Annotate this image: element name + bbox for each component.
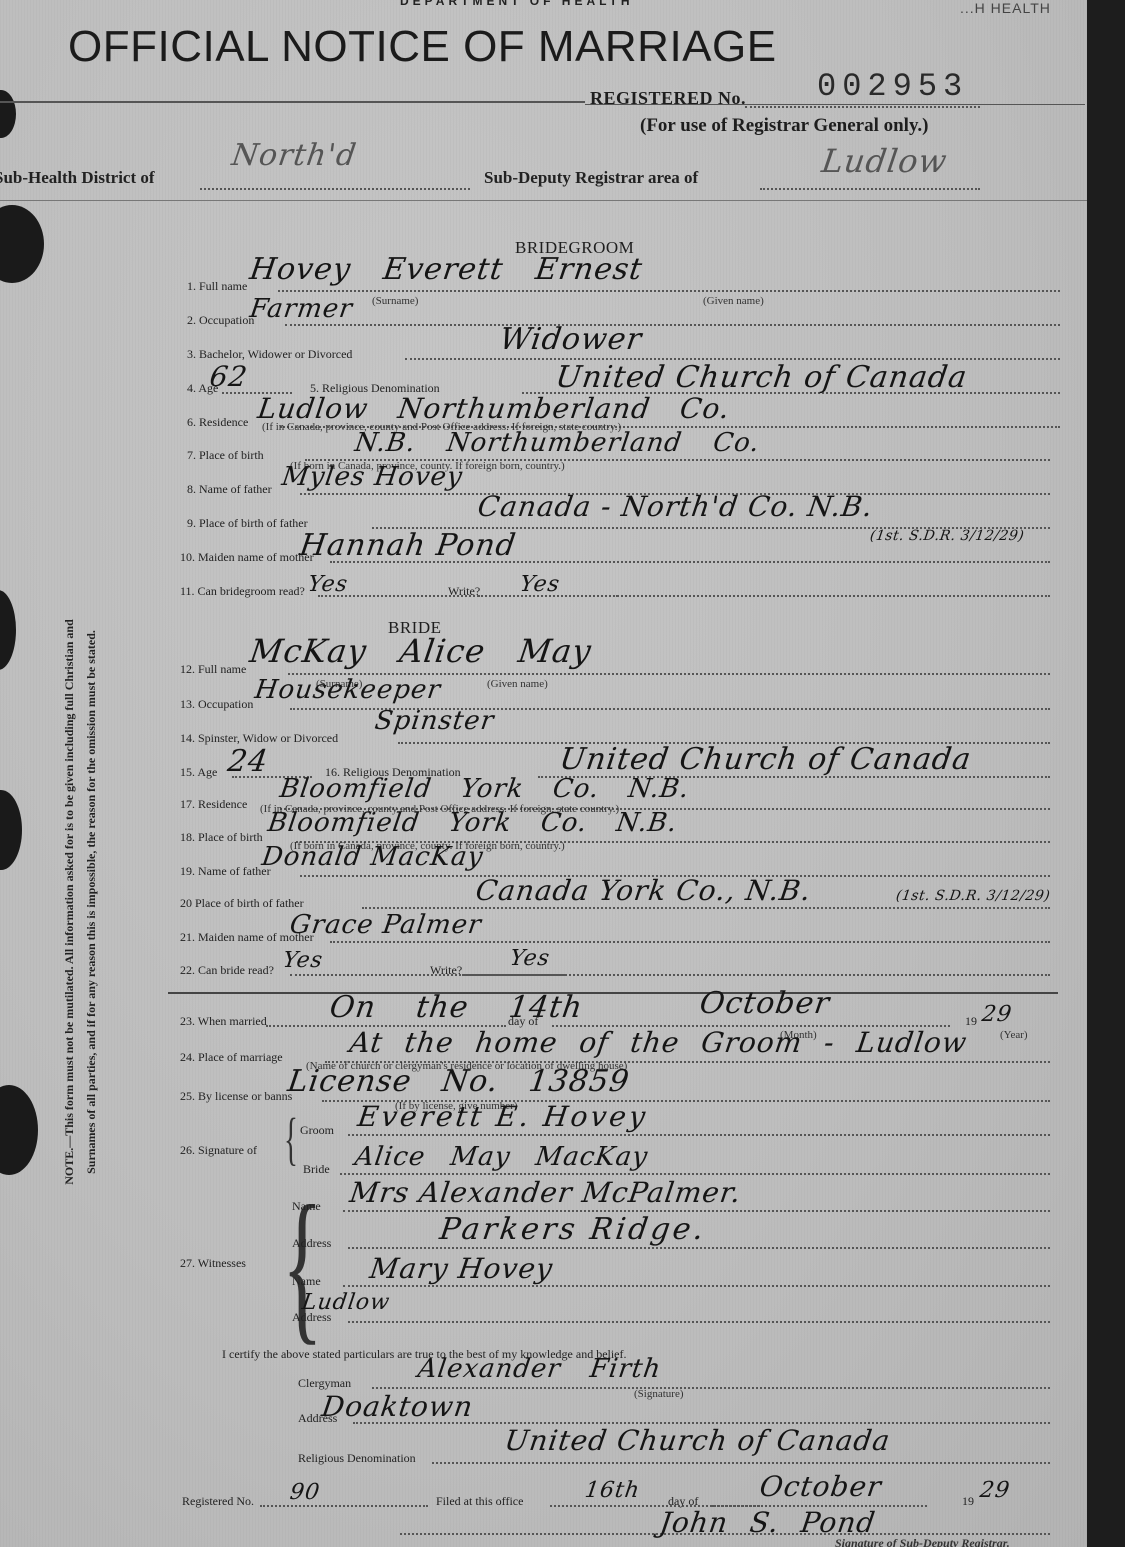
registrar-signature: John S. Pond — [658, 1506, 878, 1539]
dot-leader — [348, 1321, 1050, 1323]
bride-mother-maiden-name: Grace Palmer — [288, 910, 484, 940]
marriage-month: October — [698, 986, 833, 1021]
field-label: 19. Name of father — [180, 864, 271, 879]
bride-age: 24 — [226, 744, 271, 779]
side-note: NOTE.—This form must not be mutilated. A… — [58, 482, 102, 1322]
write-label: Write? — [430, 963, 462, 978]
clergyman-signature: Alexander Firth — [416, 1354, 663, 1384]
field-label: 12. Full name — [180, 662, 246, 677]
dot-leader — [478, 595, 1050, 597]
groom-religion: United Church of Canada — [554, 360, 970, 395]
given-name-caption: (Given name) — [487, 678, 548, 690]
marriage-place: At the home of the Groom - Ludlow — [348, 1026, 970, 1059]
clergyman-label: Clergyman — [298, 1376, 351, 1391]
bride-father-annotation: (1st. S.D.R. 3/12/29) — [895, 888, 1051, 904]
field-label: 7. Place of birth — [187, 448, 264, 463]
bride-marital-status: Spinster — [373, 706, 496, 736]
punch-hole — [0, 205, 44, 283]
dot-leader — [348, 1134, 1050, 1136]
bride-religion: United Church of Canada — [558, 742, 974, 777]
bride-father-name: Donald MacKay — [260, 842, 485, 872]
license-number: License No. 13859 — [286, 1064, 632, 1099]
field-label: 10. Maiden name of mother — [180, 550, 314, 565]
groom-signature: Everett E. Hovey — [356, 1100, 651, 1133]
dot-leader — [260, 1505, 428, 1507]
groom-father-annotation: (1st. S.D.R. 3/12/29) — [869, 528, 1025, 544]
marriage-day: On the 14th — [328, 990, 586, 1025]
bride-full-name: McKay Alice May — [247, 632, 594, 670]
signature-caption: (Signature) — [634, 1388, 683, 1400]
field-label: 22. Can bride read? — [180, 963, 274, 978]
filing-registered-no: 90 — [288, 1480, 322, 1505]
section-rule — [168, 992, 1058, 994]
clergyman-denomination-label: Religious Denomination — [298, 1451, 416, 1466]
witness-1-name: Mrs Alexander McPalmer. — [348, 1176, 744, 1209]
bride-father-birthplace: Canada York Co., N.B. — [474, 874, 814, 907]
registrar-signature-caption: Signature of Sub-Deputy Registrar. — [835, 1536, 1010, 1547]
groom-occupation: Farmer — [248, 294, 355, 324]
header-rule — [0, 200, 1087, 201]
sub-health-district-label: Sub-Health District of — [0, 168, 155, 188]
punch-hole — [0, 1085, 38, 1175]
dot-leader — [200, 188, 470, 190]
given-name-caption: (Given name) — [703, 295, 764, 307]
header-rule — [0, 101, 585, 103]
dot-leader — [343, 1285, 1050, 1287]
write-label: Write? — [448, 584, 480, 599]
groom-father-name: Myles Hovey — [280, 462, 465, 492]
punch-hole — [0, 90, 16, 138]
witnesses-label: 27. Witnesses — [180, 1256, 246, 1271]
bride-birthplace: Bloomfield York Co. N.B. — [266, 808, 679, 838]
sub-health-district-value: North'd — [230, 138, 359, 173]
witness-name-label: Name — [292, 1274, 321, 1289]
corner-stamp: ...H HEALTH — [960, 0, 1051, 16]
field-label: 13. Occupation — [180, 697, 253, 712]
dot-leader — [745, 106, 980, 108]
dot-leader — [462, 974, 1050, 976]
filed-year-prefix: 19 — [962, 1494, 974, 1509]
clergyman-denomination: United Church of Canada — [503, 1424, 893, 1457]
dot-leader — [372, 1387, 1050, 1389]
witness-address-label: Address — [292, 1236, 331, 1251]
punch-hole — [0, 590, 16, 670]
field-label: 11. Can bridegroom read? — [180, 584, 305, 599]
witness-name-label: Name — [292, 1199, 321, 1214]
registrar-note: (For use of Registrar General only.) — [640, 115, 928, 137]
field-label: 23. When married — [180, 1014, 267, 1029]
department-header-cut: DEPARTMENT OF HEALTH — [400, 0, 960, 8]
field-label: 24. Place of marriage — [180, 1050, 283, 1065]
dot-leader — [362, 907, 1050, 909]
groom-can-write: Yes — [518, 572, 561, 597]
field-label: 25. By license or banns — [180, 1089, 292, 1104]
bride-occupation: Housekeeper — [253, 675, 443, 705]
filed-label: Filed at this office — [436, 1494, 523, 1509]
registered-no-label: REGISTERED No. — [590, 88, 746, 109]
field-label: 18. Place of birth — [180, 830, 263, 845]
marriage-year: 29 — [980, 1002, 1014, 1027]
surname-caption: (Surname) — [372, 295, 418, 307]
groom-marital-status: Widower — [498, 322, 645, 357]
signature-label: 26. Signature of — [180, 1143, 257, 1158]
groom-full-name: Hovey Everett Ernest — [248, 252, 645, 287]
groom-mother-maiden-name: Hannah Pond — [298, 528, 519, 563]
groom-signature-label: Groom — [300, 1123, 334, 1138]
bride-signature: Alice May MacKay — [353, 1142, 650, 1172]
dot-leader — [285, 324, 1060, 326]
year-caption: (Year) — [1000, 1029, 1028, 1041]
field-label: 1. Full name — [187, 279, 247, 294]
punch-hole — [0, 790, 22, 870]
dot-leader — [432, 1462, 1050, 1464]
witness-2-address: Ludlow — [300, 1290, 391, 1315]
bride-residence: Bloomfield York Co. N.B. — [278, 774, 691, 804]
brace: { — [284, 1110, 298, 1168]
dot-leader — [330, 941, 1050, 943]
document-title: OFFICIAL NOTICE OF MARRIAGE — [68, 22, 777, 72]
field-label: 20 Place of birth of father — [180, 896, 304, 911]
bride-can-write: Yes — [508, 946, 551, 971]
scan-edge — [1087, 0, 1125, 1547]
field-label: 15. Age — [180, 765, 217, 780]
filed-month: October — [758, 1470, 884, 1503]
groom-can-read: Yes — [306, 572, 349, 597]
filed-year: 29 — [978, 1478, 1012, 1503]
bride-can-read: Yes — [281, 948, 324, 973]
groom-father-birthplace: Canada - North'd Co. N.B. — [476, 490, 876, 523]
field-label: 9. Place of birth of father — [187, 516, 308, 531]
field-label: 2. Occupation — [187, 313, 254, 328]
groom-age: 62 — [208, 360, 250, 393]
sub-deputy-area-value: Ludlow — [819, 142, 950, 180]
registered-no-value: 002953 — [817, 68, 968, 105]
sub-deputy-area-label: Sub-Deputy Registrar area of — [484, 168, 698, 188]
field-label: 8. Name of father — [187, 482, 272, 497]
dot-leader — [760, 188, 980, 190]
groom-birthplace: N.B. Northumberland Co. — [353, 428, 762, 458]
witness-2-name: Mary Hovey — [368, 1252, 556, 1285]
marriage-notice-document: DEPARTMENT OF HEALTH ...H HEALTH OFFICIA… — [0, 0, 1087, 1547]
filed-day: 16th — [583, 1478, 642, 1503]
filing-registered-no-label: Registered No. — [182, 1494, 254, 1509]
dot-leader — [348, 1247, 1050, 1249]
dot-leader — [340, 1173, 1050, 1175]
field-label: 17. Residence — [180, 797, 247, 812]
witness-1-address: Parkers Ridge. — [438, 1212, 709, 1247]
field-label: 6. Residence — [187, 415, 248, 430]
dot-leader — [278, 290, 1060, 292]
clergyman-address: Doaktown — [320, 1390, 476, 1423]
